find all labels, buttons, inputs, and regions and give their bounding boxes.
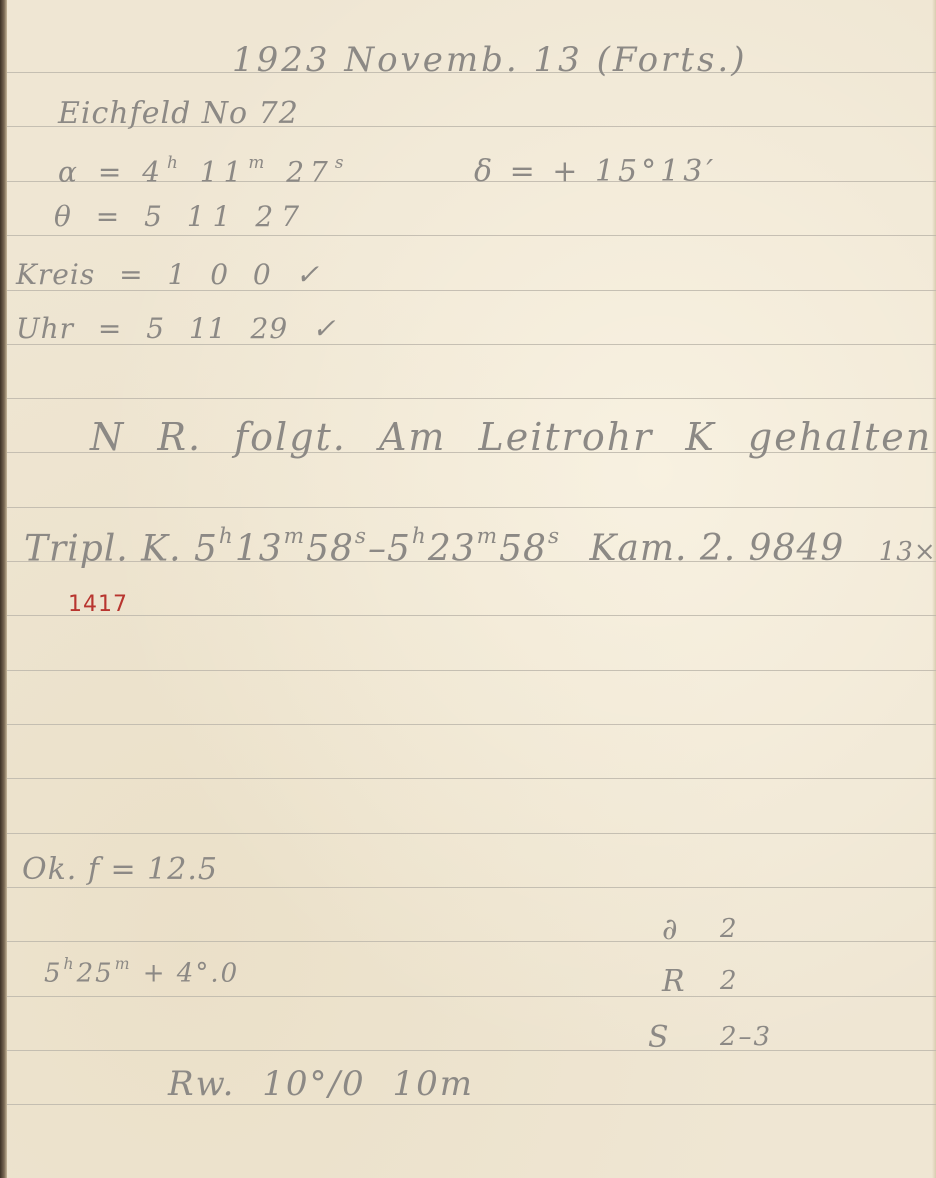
ruled-line: [7, 670, 936, 671]
quality-symbol: S: [648, 1020, 671, 1055]
quality-rating: R 2: [662, 964, 687, 999]
quality-symbol: ∂: [662, 912, 680, 947]
plate-number-red: 1417: [68, 592, 128, 617]
ra-seconds: 27: [286, 155, 334, 188]
start-s: 58: [306, 528, 354, 569]
theta-value: 5 11 27: [144, 200, 307, 233]
ra-label: α: [58, 155, 83, 188]
dec-value: + 15°13′: [552, 154, 717, 189]
quality-value: 2: [720, 966, 739, 996]
end-s: 58: [499, 528, 547, 569]
quality-symbol: R: [662, 964, 687, 999]
ruled-line: [7, 235, 936, 236]
ruled-line: [7, 778, 936, 779]
plate-format: 13×18: [879, 537, 936, 567]
ocular-focal-length: Ok. f = 12.5: [22, 852, 218, 887]
notebook-page: 1923 Novemb. 13 (Forts.) Eichfeld No 72 …: [0, 0, 936, 1178]
quality-value: 2: [720, 914, 739, 944]
quality-rating: S 2–3: [648, 1020, 671, 1055]
end-h: 5: [387, 528, 411, 569]
circle-reading: Kreis = 1 0 0 ✓: [16, 258, 320, 291]
ruled-line: [7, 724, 936, 725]
declination: δ = + 15°13′: [474, 154, 717, 189]
ruled-line: [7, 887, 936, 888]
clock-reading: Uhr = 5 11 29 ✓: [16, 312, 337, 345]
ruled-line: [7, 615, 936, 616]
quality-rating: ∂ 2: [662, 912, 680, 947]
ruled-line: [7, 398, 936, 399]
footer-note: Rw. 10°/0 10m: [168, 1064, 474, 1104]
ruled-line: [7, 996, 936, 997]
ruled-line: [7, 1104, 936, 1105]
camera: Kam. 2. 9849: [590, 528, 845, 569]
start-m: 13: [235, 528, 283, 569]
ruled-line: [7, 941, 936, 942]
right-ascension: α = 4h 11m 27s: [58, 152, 350, 188]
uhr-label: Uhr: [16, 312, 74, 345]
time-h: 5: [44, 958, 63, 988]
time-value: + 4°.0: [143, 958, 239, 988]
entry-date: 1923 Novemb. 13 (Forts.): [232, 40, 747, 80]
start-h: 5: [194, 528, 218, 569]
kreis-label: Kreis: [16, 258, 95, 291]
ruled-line: [7, 833, 936, 834]
guiding-note: N R. folgt. Am Leitrohr K gehalten: [90, 415, 932, 459]
dec-label: δ: [474, 154, 496, 189]
checkmark-icon: ✓: [296, 258, 320, 291]
exposure-line: Tripl. K. 5h13m58s–5h23m58s Kam. 2. 9849…: [24, 524, 936, 569]
ra-minutes: 11: [200, 155, 248, 188]
checkmark-icon: ✓: [312, 312, 336, 345]
page-binding-edge: [0, 0, 7, 1178]
kreis-value: 1 0 0: [167, 258, 271, 291]
object-name: Eichfeld No 72: [58, 96, 299, 131]
ruled-line: [7, 507, 936, 508]
instrument: Tripl. K.: [24, 528, 182, 569]
page-right-edge: [932, 0, 936, 1178]
end-m: 23: [428, 528, 476, 569]
ra-hours: 4: [142, 155, 166, 188]
theta-label: θ: [54, 200, 79, 233]
uhr-value: 5 11 29: [146, 312, 288, 345]
quality-value: 2–3: [720, 1022, 772, 1052]
time-m: 25: [77, 958, 114, 988]
ruled-line: [7, 1050, 936, 1051]
time-entry: 5h25m + 4°.0: [44, 955, 239, 988]
sidereal-time: θ = 5 11 27: [54, 200, 307, 233]
